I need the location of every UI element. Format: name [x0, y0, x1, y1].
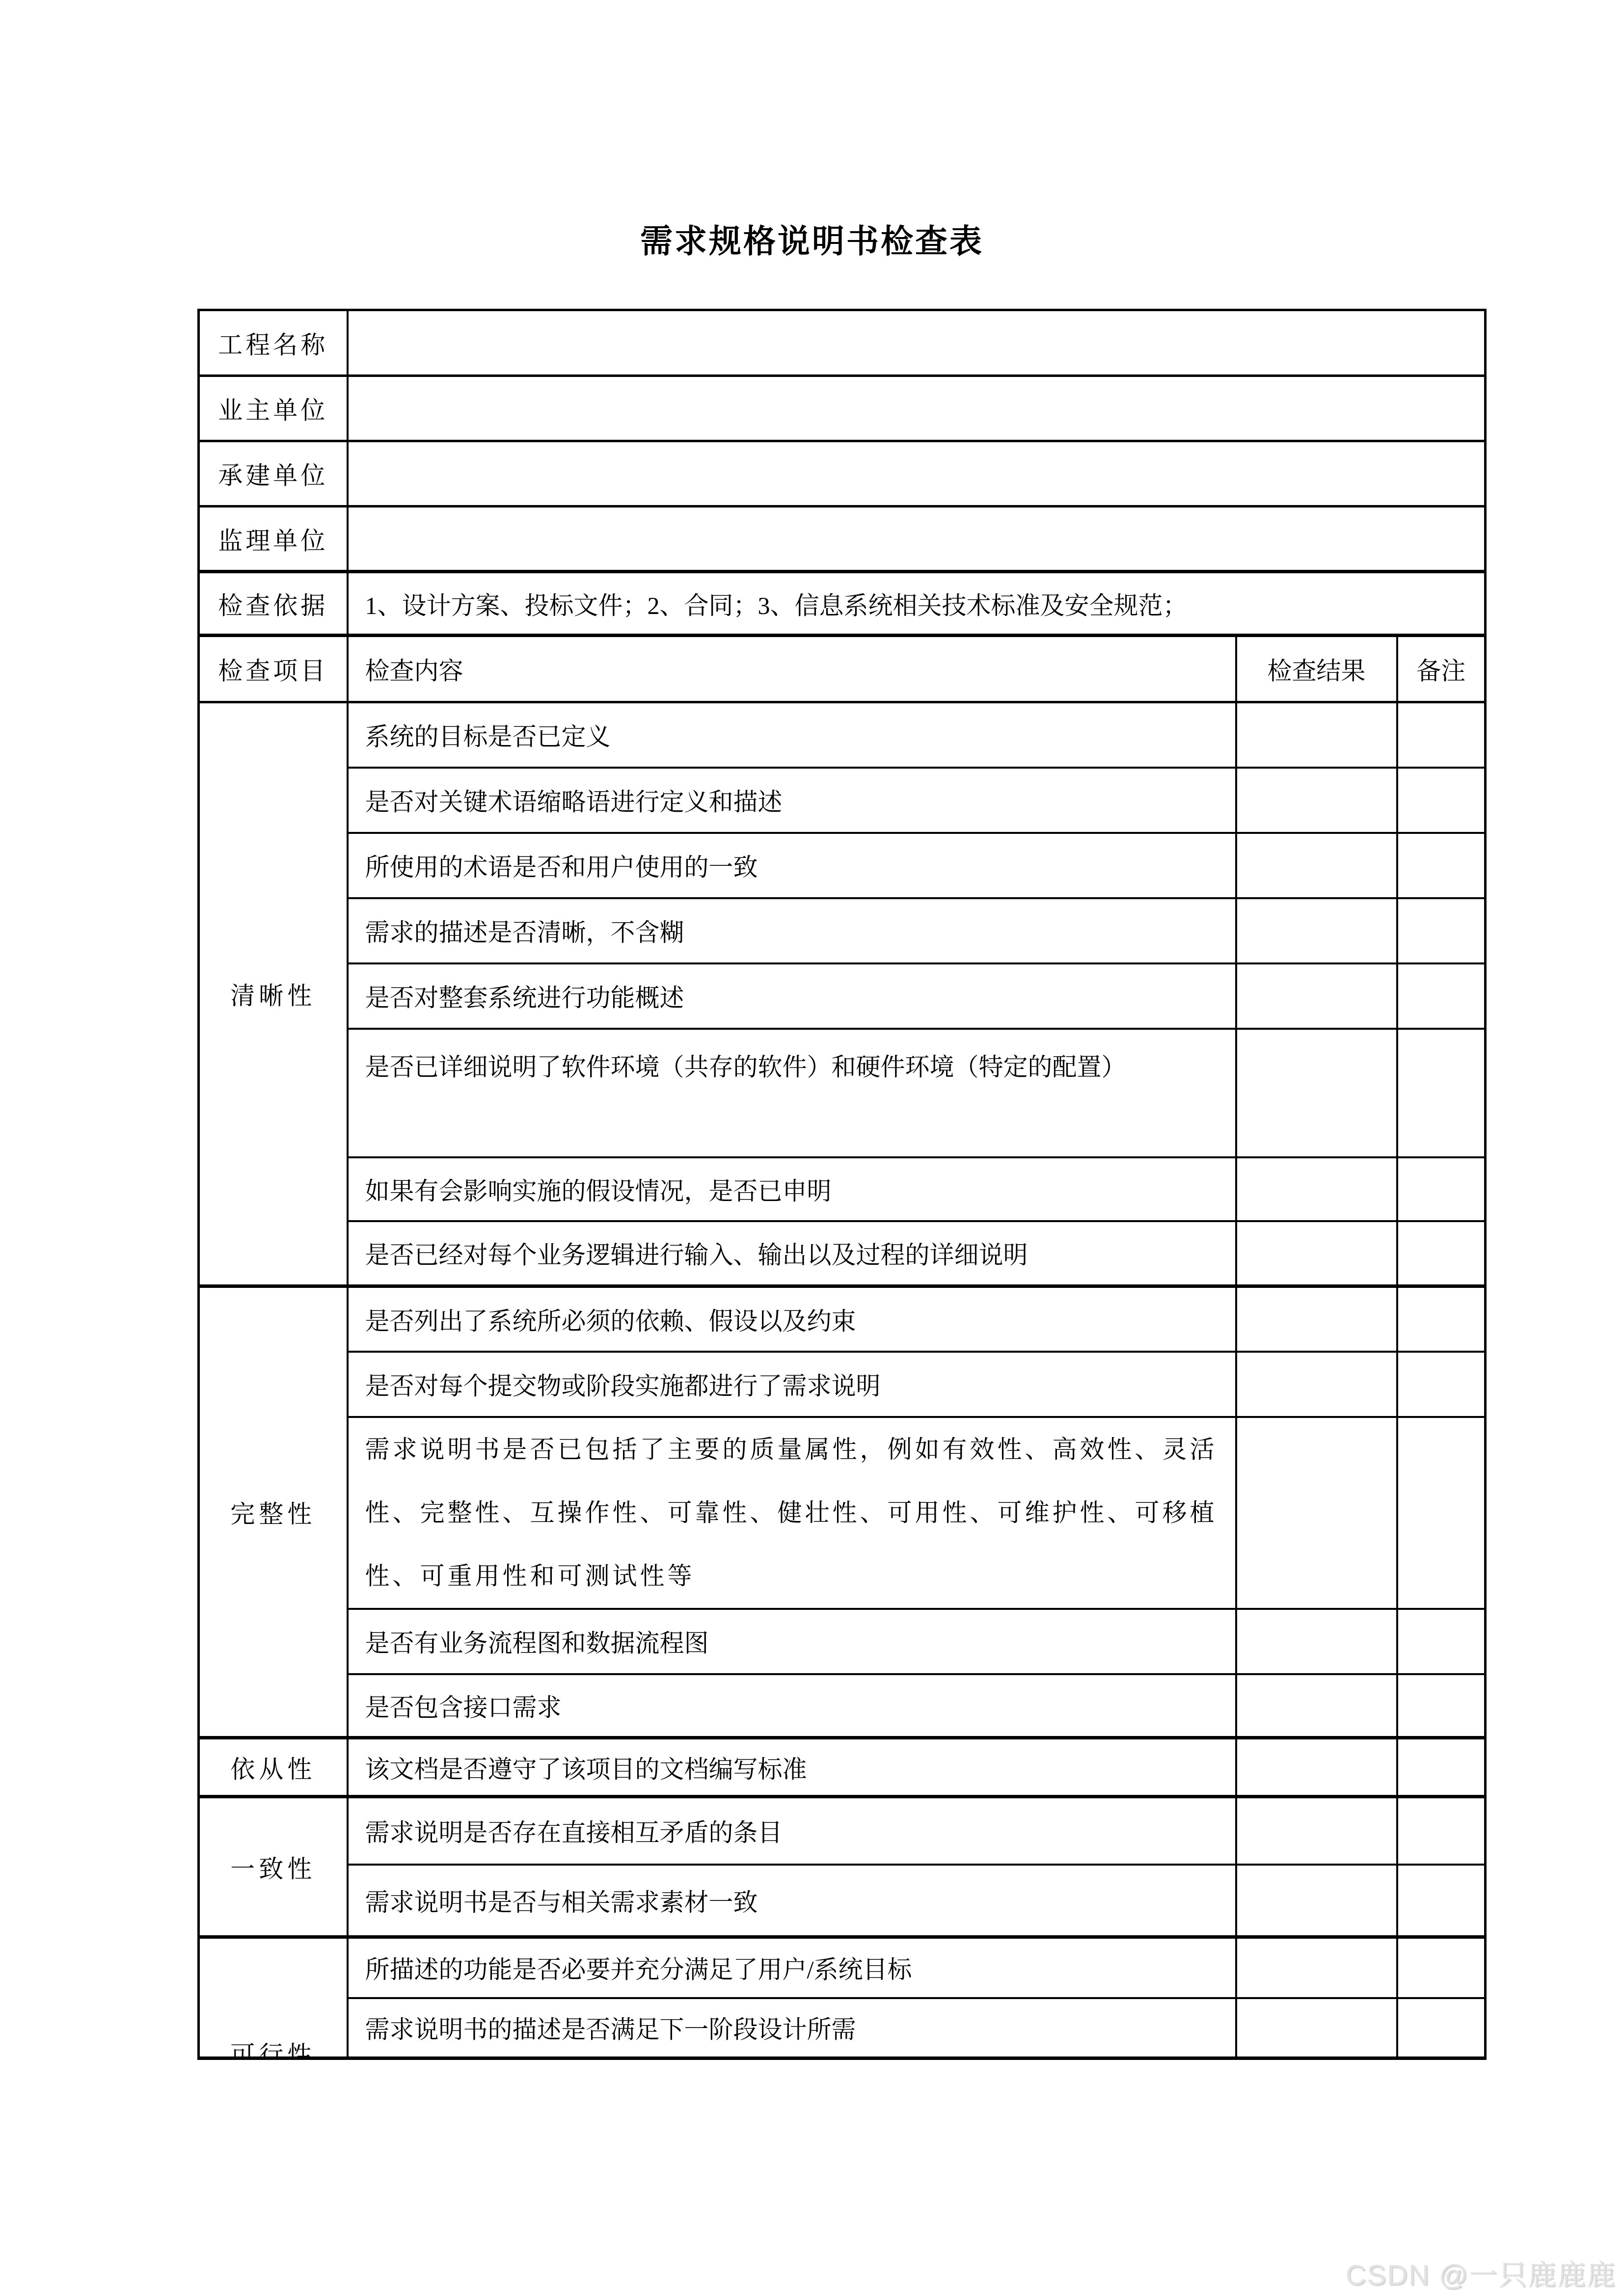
- info-label: 承建单位: [199, 441, 348, 507]
- table-row: 是否包含接口需求: [199, 1674, 1486, 1738]
- remark-cell[interactable]: [1397, 1998, 1486, 2058]
- check-item-text: 所使用的术语是否和用户使用的一致: [348, 833, 1236, 898]
- result-cell[interactable]: [1236, 1157, 1397, 1221]
- check-item-text: 是否包含接口需求: [348, 1674, 1236, 1738]
- section-label: 完整性: [199, 1286, 348, 1738]
- info-value-cell[interactable]: [348, 441, 1486, 507]
- table-row: 一致性 需求说明是否存在直接相互矛盾的条目: [199, 1797, 1486, 1865]
- result-cell[interactable]: [1236, 963, 1397, 1029]
- check-item-text: 需求说明书是否与相关需求素材一致: [348, 1865, 1236, 1937]
- check-item-text: 系统的目标是否已定义: [348, 702, 1236, 768]
- remark-cell[interactable]: [1397, 1609, 1486, 1674]
- watermark: CSDN @一只鹿鹿鹿: [1346, 2252, 1616, 2293]
- result-cell[interactable]: [1236, 768, 1397, 833]
- info-label: 业主单位: [199, 376, 348, 441]
- table-row: 业主单位: [199, 376, 1486, 441]
- checklist-table: 工程名称 业主单位 承建单位 监理单位 检查依据 1、设计方案、投标文件；2、合…: [197, 309, 1487, 2060]
- result-cell[interactable]: [1236, 702, 1397, 768]
- check-item-text: 是否对每个提交物或阶段实施都进行了需求说明: [348, 1352, 1236, 1417]
- table-row: 承建单位: [199, 441, 1486, 507]
- table-row: 工程名称: [199, 310, 1486, 376]
- table-row: 是否对每个提交物或阶段实施都进行了需求说明: [199, 1352, 1486, 1417]
- result-cell[interactable]: [1236, 1865, 1397, 1937]
- section-label-cell: 可行性: [199, 1937, 348, 2058]
- remark-cell[interactable]: [1397, 898, 1486, 963]
- remark-cell[interactable]: [1397, 1221, 1486, 1286]
- check-item-text: 是否已详细说明了软件环境（共存的软件）和硬件环境（特定的配置）: [348, 1029, 1236, 1157]
- table-row: 所使用的术语是否和用户使用的一致: [199, 833, 1486, 898]
- info-label: 检查依据: [199, 572, 348, 636]
- table-row: 检查依据 1、设计方案、投标文件；2、合同；3、信息系统相关技术标准及安全规范；: [199, 572, 1486, 636]
- section-label: 依从性: [199, 1738, 348, 1797]
- check-item-text: 是否列出了系统所必须的依赖、假设以及约束: [348, 1286, 1236, 1352]
- table-header-row: 检查项目 检查内容 检查结果 备注: [199, 636, 1486, 702]
- result-cell[interactable]: [1236, 1674, 1397, 1738]
- check-item-text: 该文档是否遵守了该项目的文档编写标准: [348, 1738, 1236, 1797]
- check-item-text: 需求说明是否存在直接相互矛盾的条目: [348, 1797, 1236, 1865]
- remark-cell[interactable]: [1397, 963, 1486, 1029]
- remark-cell[interactable]: [1397, 702, 1486, 768]
- check-item-text: 所描述的功能是否必要并充分满足了用户/系统目标: [348, 1937, 1236, 1998]
- table-row: 如果有会影响实施的假设情况，是否已申明: [199, 1157, 1486, 1221]
- result-cell[interactable]: [1236, 1937, 1397, 1998]
- result-cell[interactable]: [1236, 1998, 1397, 2058]
- check-item-text: 如果有会影响实施的假设情况，是否已申明: [348, 1157, 1236, 1221]
- table-row: 是否已经对每个业务逻辑进行输入、输出以及过程的详细说明: [199, 1221, 1486, 1286]
- info-value-cell[interactable]: [348, 310, 1486, 376]
- check-item-text: 需求说明书是否已包括了主要的质量属性，例如有效性、高效性、灵活性、完整性、互操作…: [348, 1417, 1236, 1609]
- check-item-text: 是否有业务流程图和数据流程图: [348, 1609, 1236, 1674]
- table-row: 清晰性 系统的目标是否已定义: [199, 702, 1486, 768]
- remark-cell[interactable]: [1397, 1417, 1486, 1609]
- remark-cell[interactable]: [1397, 768, 1486, 833]
- section-label: 一致性: [199, 1797, 348, 1937]
- remark-cell[interactable]: [1397, 1738, 1486, 1797]
- remark-cell[interactable]: [1397, 1865, 1486, 1937]
- result-cell[interactable]: [1236, 1029, 1397, 1157]
- result-cell[interactable]: [1236, 1221, 1397, 1286]
- remark-cell[interactable]: [1397, 1286, 1486, 1352]
- table-row: 是否有业务流程图和数据流程图: [199, 1609, 1486, 1674]
- check-item-text: 需求的描述是否清晰，不含糊: [348, 898, 1236, 963]
- header-item: 检查项目: [199, 636, 348, 702]
- remark-cell[interactable]: [1397, 833, 1486, 898]
- remark-cell[interactable]: [1397, 1352, 1486, 1417]
- result-cell[interactable]: [1236, 1286, 1397, 1352]
- remark-cell[interactable]: [1397, 1157, 1486, 1221]
- remark-cell[interactable]: [1397, 1937, 1486, 1998]
- remark-cell[interactable]: [1397, 1029, 1486, 1157]
- info-label: 监理单位: [199, 507, 348, 572]
- check-basis-text: 1、设计方案、投标文件；2、合同；3、信息系统相关技术标准及安全规范；: [348, 572, 1486, 636]
- remark-cell[interactable]: [1397, 1674, 1486, 1738]
- result-cell[interactable]: [1236, 1609, 1397, 1674]
- result-cell[interactable]: [1236, 898, 1397, 963]
- table-row: 是否已详细说明了软件环境（共存的软件）和硬件环境（特定的配置）: [199, 1029, 1486, 1157]
- result-cell[interactable]: [1236, 1738, 1397, 1797]
- table-row: 监理单位: [199, 507, 1486, 572]
- check-item-text: 是否对整套系统进行功能概述: [348, 963, 1236, 1029]
- result-cell[interactable]: [1236, 1797, 1397, 1865]
- table-row: 可行性 所描述的功能是否必要并充分满足了用户/系统目标: [199, 1937, 1486, 1998]
- result-cell[interactable]: [1236, 1417, 1397, 1609]
- header-content: 检查内容: [348, 636, 1236, 702]
- table-row: 需求说明书的描述是否满足下一阶段设计所需: [199, 1998, 1486, 2058]
- check-item-text: 需求说明书的描述是否满足下一阶段设计所需: [348, 1998, 1236, 2058]
- info-value-cell[interactable]: [348, 507, 1486, 572]
- result-cell[interactable]: [1236, 833, 1397, 898]
- info-label: 工程名称: [199, 310, 348, 376]
- table-row: 需求说明书是否与相关需求素材一致: [199, 1865, 1486, 1937]
- section-label: 清晰性: [199, 702, 348, 1286]
- check-item-text: 是否已经对每个业务逻辑进行输入、输出以及过程的详细说明: [348, 1221, 1236, 1286]
- info-value-cell[interactable]: [348, 376, 1486, 441]
- result-cell[interactable]: [1236, 1352, 1397, 1417]
- table-row: 需求说明书是否已包括了主要的质量属性，例如有效性、高效性、灵活性、完整性、互操作…: [199, 1417, 1486, 1609]
- check-item-text: 是否对关键术语缩略语进行定义和描述: [348, 768, 1236, 833]
- table-row: 依从性 该文档是否遵守了该项目的文档编写标准: [199, 1738, 1486, 1797]
- page-title: 需求规格说明书检查表: [0, 215, 1624, 262]
- table-row: 是否对整套系统进行功能概述: [199, 963, 1486, 1029]
- table-row: 完整性 是否列出了系统所必须的依赖、假设以及约束: [199, 1286, 1486, 1352]
- section-label-clipped: 可行性: [200, 2043, 347, 2058]
- header-remark: 备注: [1397, 636, 1486, 702]
- table-row: 需求的描述是否清晰，不含糊: [199, 898, 1486, 963]
- header-result: 检查结果: [1236, 636, 1397, 702]
- table-row: 是否对关键术语缩略语进行定义和描述: [199, 768, 1486, 833]
- remark-cell[interactable]: [1397, 1797, 1486, 1865]
